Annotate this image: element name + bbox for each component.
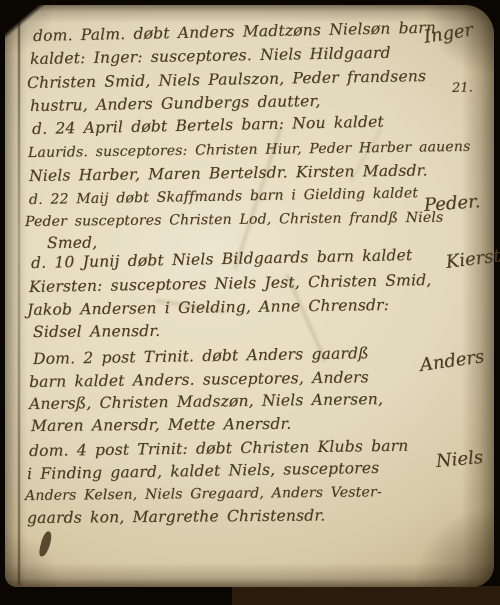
manuscript-line: Kiersten: susceptores Niels Jest, Christ…	[29, 271, 432, 297]
ink-blot	[38, 530, 53, 557]
manuscript-line: Jakob Andersen i Gielding, Anne Chrensdr…	[27, 296, 389, 320]
manuscript-line: Anders Kelsen, Niels Gregaard, Anders Ve…	[25, 483, 382, 506]
manuscript-line: Niels Harber, Maren Bertelsdr. Kirsten M…	[29, 161, 428, 186]
manuscript-line: d. 24 April døbt Bertels barn: Nou kalde…	[32, 113, 384, 139]
manuscript-line: Dom. 2 post Trinit. døbt Anders gaardß	[33, 344, 369, 369]
manuscript-line: d. 22 Maij døbt Skaffmands barn i Gieldi…	[29, 184, 418, 210]
manuscript-line: Smed,	[47, 234, 98, 253]
manuscript-page: dom. Palm. døbt Anders Madtzøns Nielsøn …	[5, 5, 494, 587]
manuscript-line: Maren Anersdr, Mette Anersdr.	[31, 415, 292, 436]
book-edge-shadow	[232, 586, 500, 605]
margin-name-kiersten: Kierste	[445, 244, 500, 273]
manuscript-scan: dom. Palm. døbt Anders Madtzøns Nielsøn …	[0, 0, 500, 605]
manuscript-line: Laurids. susceptores: Christen Hiur, Ped…	[28, 138, 471, 163]
manuscript-line: Anersß, Christen Madszøn, Niels Anersen,	[29, 390, 383, 414]
manuscript-line: dom. Palm. døbt Anders Madtzøns Nielsøn …	[33, 19, 436, 46]
manuscript-line: i Finding gaard, kaldet Niels, susceptor…	[27, 459, 380, 484]
manuscript-line: hustru, Anders Gundbergs dautter,	[30, 92, 321, 116]
manuscript-line: Peder susceptores Christen Lod, Christen…	[25, 209, 444, 232]
margin-name-peder: Peder.	[423, 191, 481, 216]
margin-name-niels: Niels	[435, 447, 484, 472]
manuscript-line: gaards kon, Margrethe Christensdr.	[27, 506, 326, 528]
margin-name-anders: Anders	[419, 346, 486, 376]
manuscript-line: Sidsel Anensdr.	[33, 322, 161, 342]
page-number: 21.	[452, 80, 473, 96]
binding-crease	[18, 7, 20, 585]
manuscript-line: Christen Smid, Niels Paulszon, Peder fra…	[27, 67, 426, 93]
manuscript-line: dom. 4 post Trinit: døbt Christen Klubs …	[29, 437, 409, 461]
manuscript-line: kaldet: Inger: susceptores. Niels Hildga…	[30, 44, 391, 69]
manuscript-line: barn kaldet Anders. susceptores, Anders	[29, 368, 369, 392]
